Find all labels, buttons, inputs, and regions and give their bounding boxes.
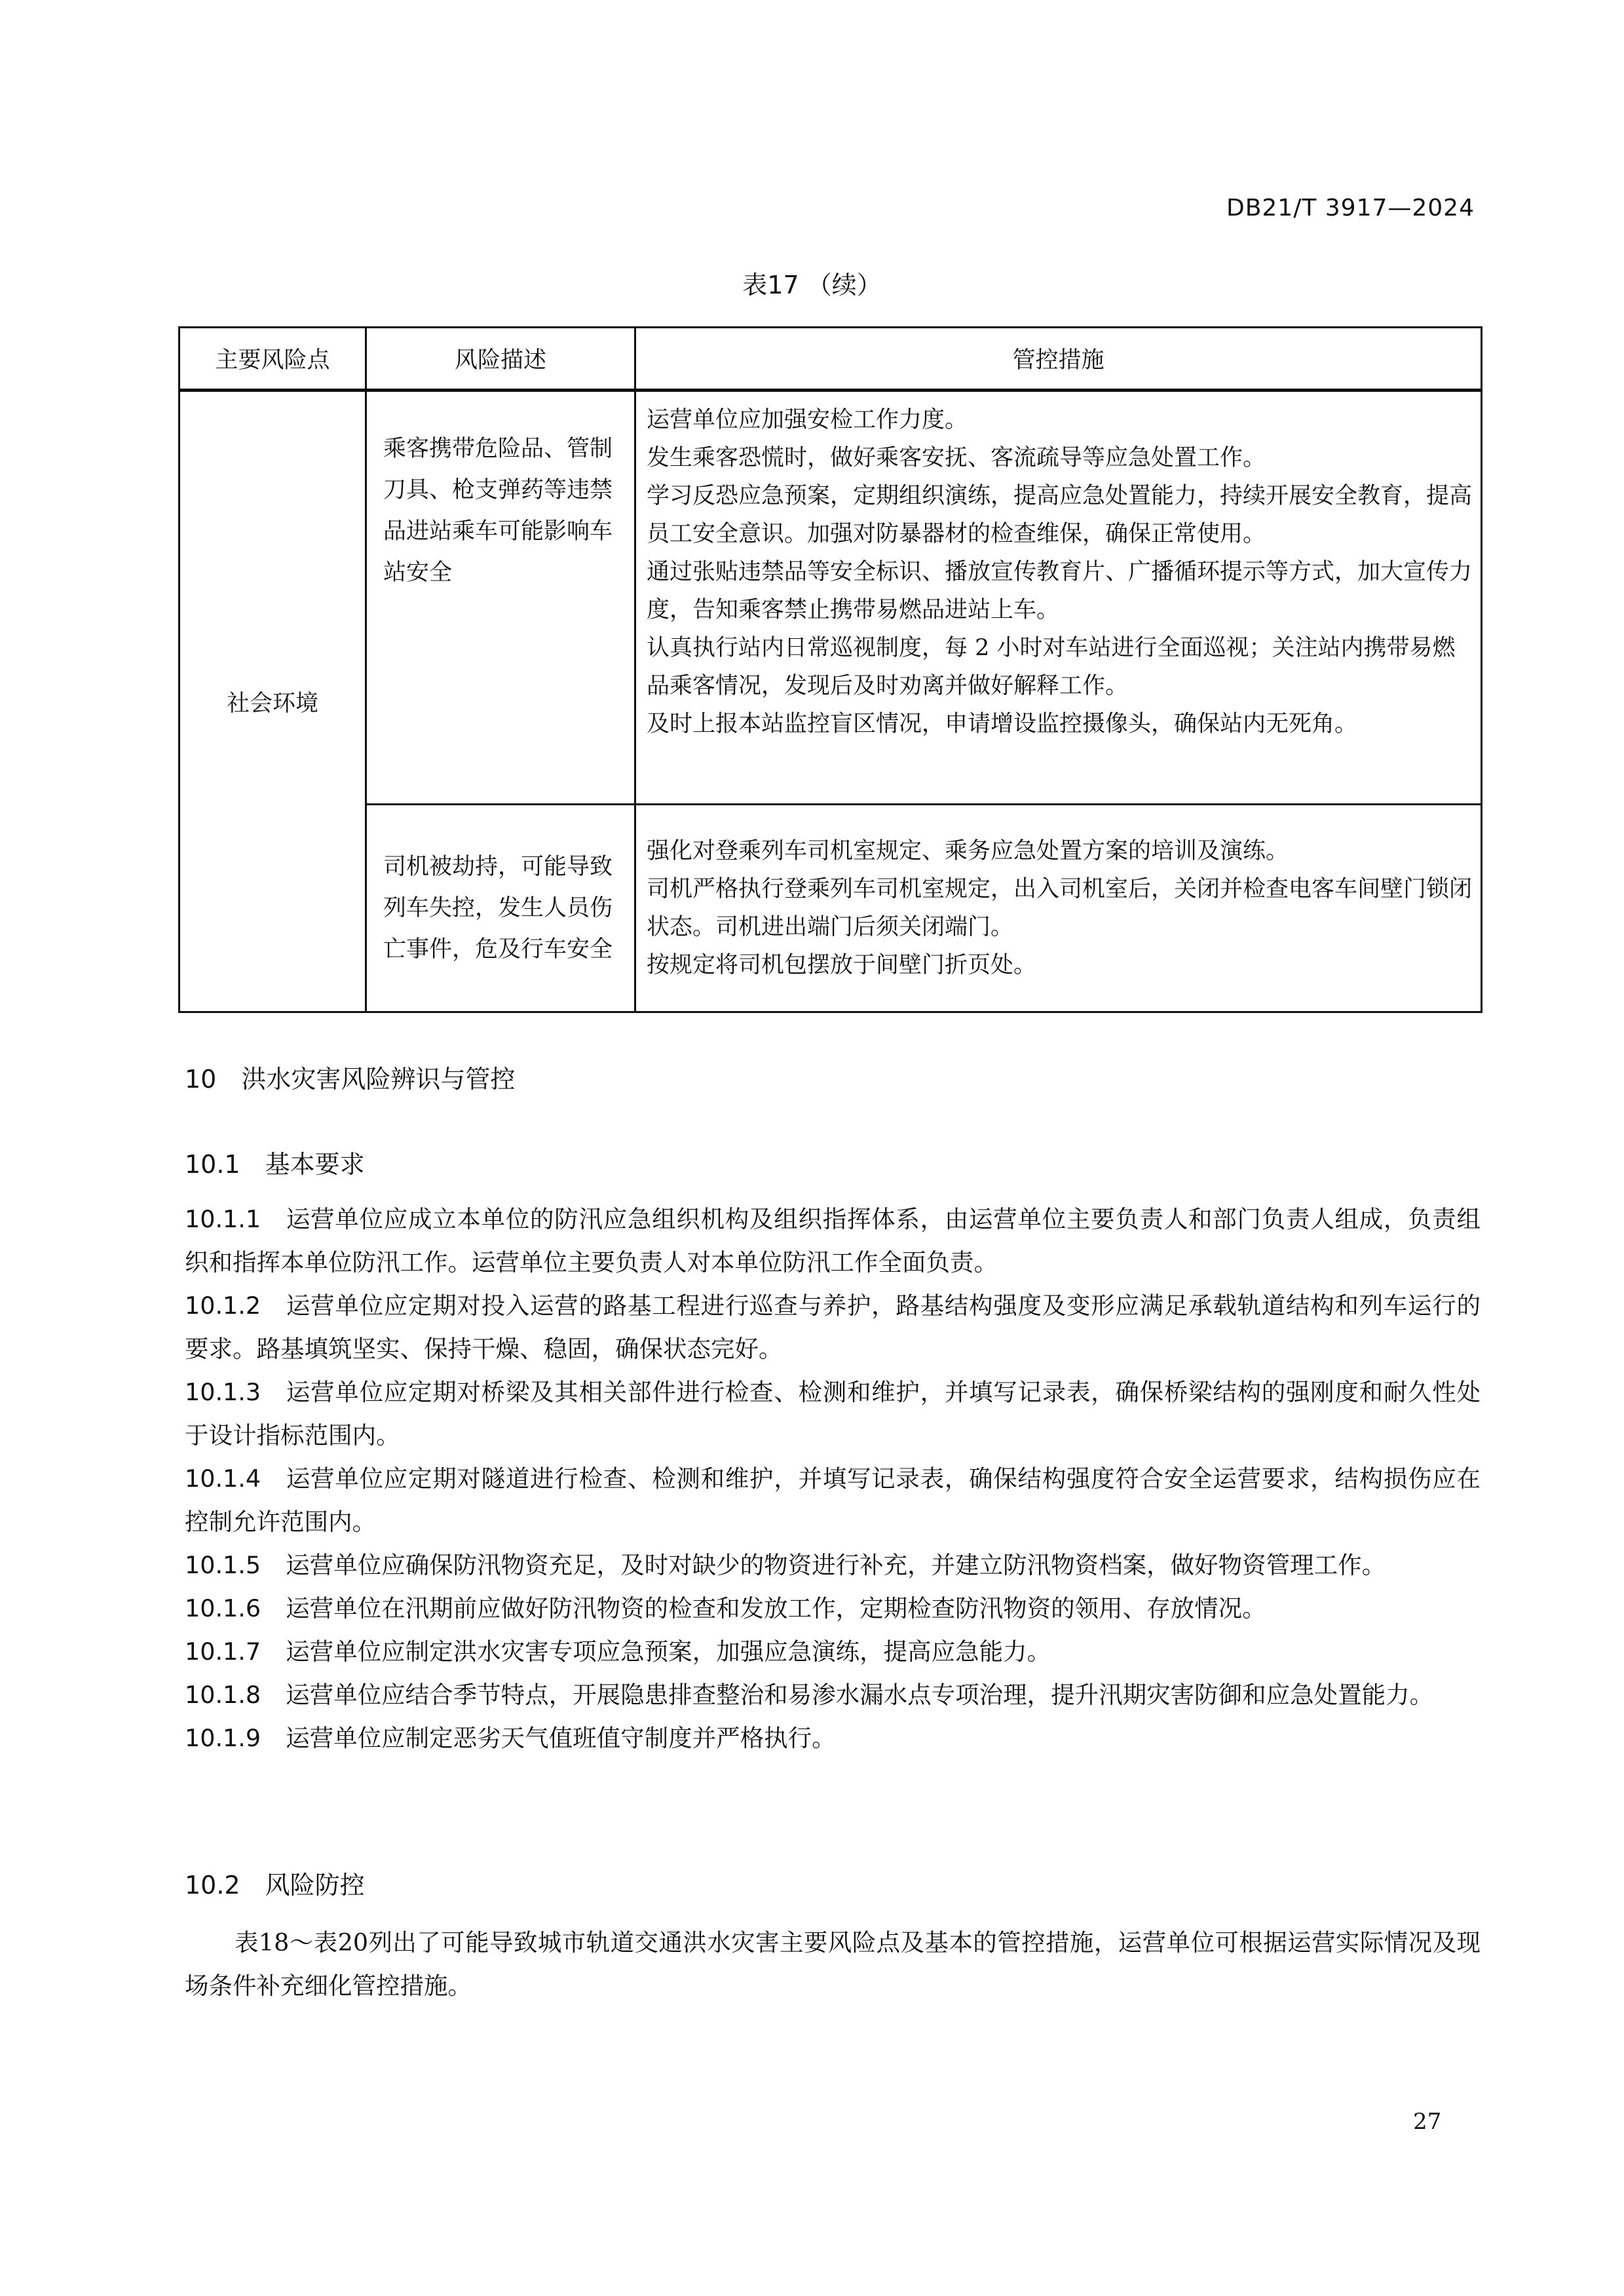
- table-row: 司机被劫持，可能导致列车失控，发生人员伤亡事件，危及行车安全 强化对登乘列车司机…: [179, 805, 1482, 1012]
- subsection-heading: 10.1基本要求: [185, 1144, 365, 1180]
- clause: 10.1.8运营单位应结合季节特点，开展隐患排查整治和易渗水漏水点专项治理，提升…: [185, 1674, 1481, 1717]
- clause: 10.1.1运营单位应成立本单位的防汛应急组织机构及组织指挥体系，由运营单位主要…: [185, 1198, 1481, 1284]
- column-header-risk-point: 主要风险点: [179, 328, 366, 391]
- control-measures-cell: 运营单位应加强安检工作力度。 发生乘客恐慌时，做好乘客安抚、客流疏导等应急处置工…: [635, 391, 1482, 805]
- subsection-number: 10.2: [185, 1871, 240, 1900]
- subsection-title: 基本要求: [265, 1150, 365, 1179]
- clause: 10.1.4运营单位应定期对隧道进行检查、检测和维护，并填写记录表，确保结构强度…: [185, 1457, 1481, 1544]
- measure-item: 按规定将司机包摆放于间壁门折页处。: [647, 946, 1474, 984]
- subsection-title: 风险防控: [265, 1871, 365, 1900]
- table-row: 社会环境 乘客携带危险品、管制刀具、枪支弹药等违禁品进站乘车可能影响车站安全 运…: [179, 391, 1482, 805]
- document-page: DB21/T 3917—2024 表17 （续） 主要风险点 风险描述 管控措施…: [0, 0, 1624, 2296]
- section-number: 10: [185, 1065, 216, 1094]
- table-header-row: 主要风险点 风险描述 管控措施: [179, 328, 1482, 391]
- subsection-number: 10.1: [185, 1150, 240, 1179]
- clause: 10.1.3运营单位应定期对桥梁及其相关部件进行检查、检测和维护，并填写记录表，…: [185, 1371, 1481, 1457]
- measure-item: 发生乘客恐慌时，做好乘客安抚、客流疏导等应急处置工作。: [647, 439, 1474, 477]
- column-header-risk-description: 风险描述: [366, 328, 635, 391]
- risk-description-cell: 司机被劫持，可能导致列车失控，发生人员伤亡事件，危及行车安全: [366, 805, 635, 1012]
- section-title: 洪水灾害风险辨识与管控: [241, 1065, 515, 1094]
- clause: 10.1.2运营单位应定期对投入运营的路基工程进行巡查与养护，路基结构强度及变形…: [185, 1284, 1481, 1371]
- clause: 10.1.7运营单位应制定洪水灾害专项应急预案，加强应急演练，提高应急能力。: [185, 1630, 1481, 1674]
- risk-point-cell: 社会环境: [179, 391, 366, 1012]
- column-header-control-measures: 管控措施: [635, 328, 1482, 391]
- measure-item: 运营单位应加强安检工作力度。: [647, 401, 1474, 439]
- measure-item: 认真执行站内日常巡视制度，每 2 小时对车站进行全面巡视；关注站内携带易燃品乘客…: [647, 629, 1474, 705]
- measure-item: 司机严格执行登乘列车司机室规定，出入司机室后，关闭并检查电客车间壁门锁闭状态。司…: [647, 870, 1474, 946]
- measure-item: 学习反恐应急预案，定期组织演练，提高应急处置能力，持续开展安全教育，提高员工安全…: [647, 477, 1474, 553]
- clause: 10.1.6运营单位在汛期前应做好防汛物资的检查和发放工作，定期检查防汛物资的领…: [185, 1587, 1481, 1630]
- paragraph: 表18～表20列出了可能导致城市轨道交通洪水灾害主要风险点及基本的管控措施，运营…: [185, 1921, 1481, 2008]
- measure-item: 通过张贴违禁品等安全标识、播放宣传教育片、广播循环提示等方式，加大宣传力度，告知…: [647, 553, 1474, 629]
- page-number: 27: [1413, 2109, 1441, 2135]
- measure-item: 及时上报本站监控盲区情况，申请增设监控摄像头，确保站内无死角。: [647, 705, 1474, 743]
- clause-list: 10.1.1运营单位应成立本单位的防汛应急组织机构及组织指挥体系，由运营单位主要…: [185, 1198, 1481, 1760]
- section-heading: 10洪水灾害风险辨识与管控: [185, 1059, 515, 1095]
- subsection-heading: 10.2风险防控: [185, 1865, 365, 1901]
- control-measures-cell: 强化对登乘列车司机室规定、乘务应急处置方案的培训及演练。 司机严格执行登乘列车司…: [635, 805, 1482, 1012]
- risk-description-cell: 乘客携带危险品、管制刀具、枪支弹药等违禁品进站乘车可能影响车站安全: [366, 391, 635, 805]
- clause: 10.1.5运营单位应确保防汛物资充足，及时对缺少的物资进行补充，并建立防汛物资…: [185, 1544, 1481, 1587]
- risk-control-table: 主要风险点 风险描述 管控措施 社会环境 乘客携带危险品、管制刀具、枪支弹药等违…: [178, 326, 1482, 1013]
- measure-item: 强化对登乘列车司机室规定、乘务应急处置方案的培训及演练。: [647, 832, 1474, 870]
- document-code: DB21/T 3917—2024: [1226, 195, 1475, 221]
- clause: 10.1.9运营单位应制定恶劣天气值班值守制度并严格执行。: [185, 1717, 1481, 1760]
- table-caption: 表17 （续）: [0, 265, 1624, 301]
